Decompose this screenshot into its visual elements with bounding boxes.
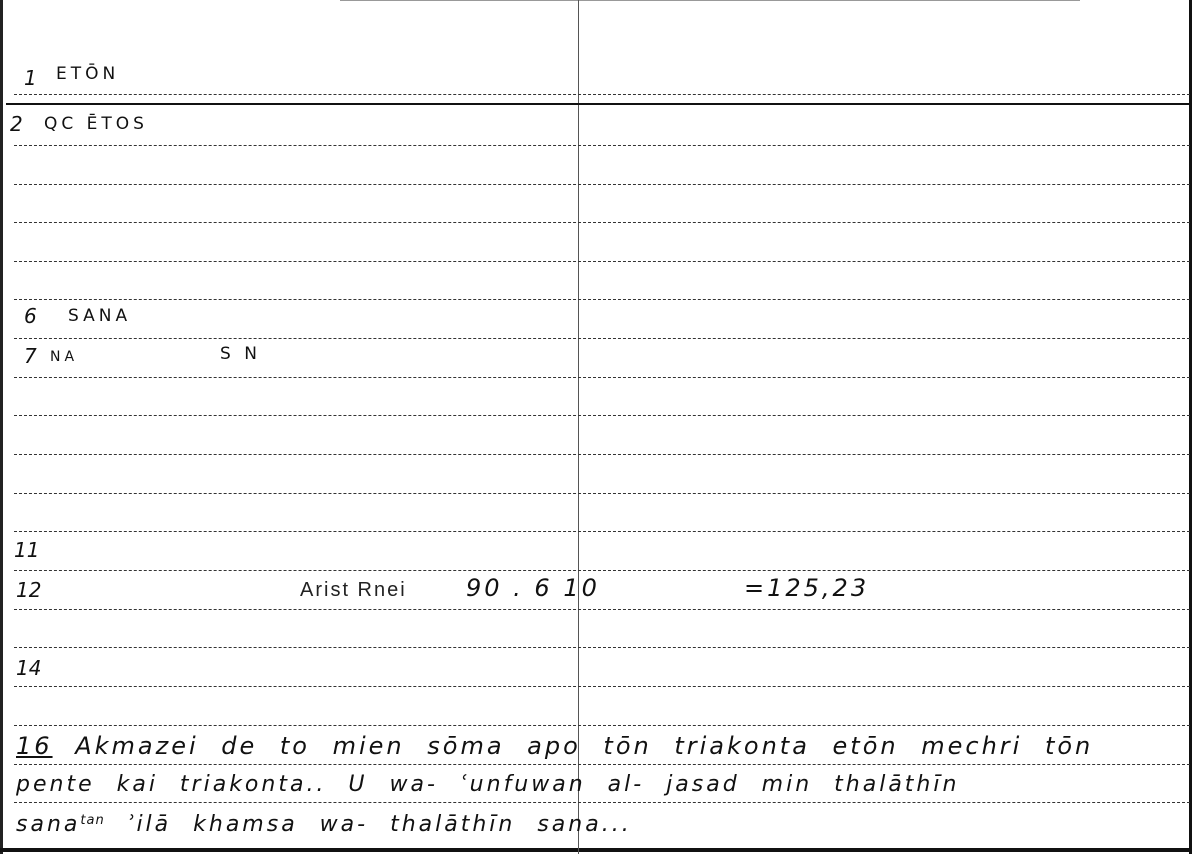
paragraph-line-3-superscript: tan: [80, 813, 104, 828]
ruled-line: [14, 570, 1190, 571]
row-2-text: QC ĒTOS: [44, 116, 148, 133]
ruled-line: [14, 725, 1190, 726]
row-number-14: 14: [16, 658, 41, 678]
row-1-text: ETŌN: [56, 66, 119, 83]
paragraph-line-3-start: sana: [16, 812, 80, 837]
paragraph-line-1: 16 Akmazei de to mien sōma apo tōn triak…: [16, 734, 1093, 758]
header-separator-line: [6, 103, 1190, 105]
ruled-line: [14, 454, 1190, 455]
ruled-line: [14, 222, 1190, 223]
row-number-12: 12: [16, 580, 41, 600]
row-7-extra: S N: [220, 346, 261, 363]
ruled-line: [14, 299, 1190, 300]
ruled-line: [14, 493, 1190, 494]
ruled-line: [14, 647, 1190, 648]
paragraph-line-3: sanatan ʾilā khamsa wa- thalāthīn sana..…: [16, 814, 632, 836]
ruled-line: [14, 145, 1190, 146]
bottom-border: [0, 848, 1192, 852]
ruled-line: [14, 94, 1190, 95]
top-edge: [340, 0, 1080, 1]
record-sheet: 1 ETŌN 2 QC ĒTOS 6 SANA 7 NA S N 11 12 A…: [0, 0, 1200, 854]
row-12-typed-label: Arist Rnei: [300, 580, 407, 600]
paragraph-line-1-text: Akmazei de to mien sōma apo tōn triakont…: [75, 732, 1093, 760]
row-number-1: 1: [24, 68, 37, 88]
ruled-line: [14, 764, 1190, 765]
ruled-line: [14, 609, 1190, 610]
ruled-line: [14, 338, 1190, 339]
row-6-text: SANA: [68, 308, 131, 325]
ruled-line: [14, 261, 1190, 262]
row-number-7: 7: [24, 346, 37, 366]
row-number-11: 11: [14, 540, 39, 560]
ruled-line: [14, 531, 1190, 532]
paragraph-line-2: pente kai triakonta.. U wa- ʿunfuwan al-…: [16, 774, 959, 796]
left-border: [0, 0, 3, 854]
ruled-line: [14, 184, 1190, 185]
paragraph-line-3-rest: ʾilā khamsa wa- thalāthīn sana...: [127, 812, 632, 837]
row-12-values: 90 . 6 10: [466, 576, 600, 600]
ruled-line: [14, 686, 1190, 687]
row-number-16: 16: [16, 732, 53, 760]
ruled-line: [14, 377, 1190, 378]
row-number-2: 2: [10, 114, 23, 134]
ruled-line: [14, 415, 1190, 416]
ruled-line: [14, 802, 1190, 803]
row-7-text: NA: [50, 350, 78, 364]
row-number-6: 6: [24, 306, 37, 326]
row-12-result: =125,23: [744, 576, 869, 600]
